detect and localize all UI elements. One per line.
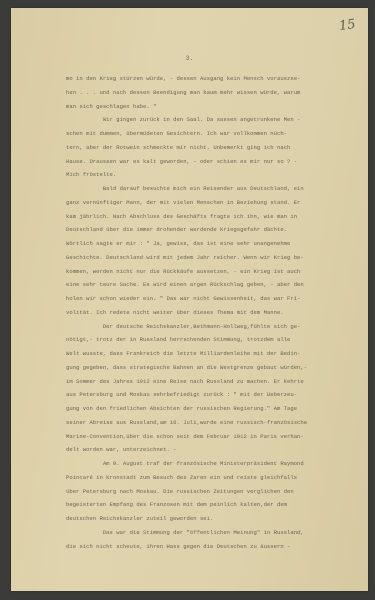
text-line: kommen, werden nicht nur die Rückkäufe a…	[66, 265, 369, 279]
text-line: volität. Ich redete nicht weiter über di…	[66, 306, 369, 320]
text-line: gung von den friedlichen Absichten der r…	[66, 402, 369, 416]
text-line: schen mit dummen, übermüdeten Gesichtern…	[66, 127, 369, 141]
text-line: die sich nicht scheute, ihren Hass gegen…	[66, 540, 369, 554]
text-line: Das war die Stimmung der "öffentlichen M…	[66, 526, 369, 540]
typed-text-body: mo in den Krieg stürzen würde, - dessen …	[66, 72, 369, 553]
text-line: hen . . . und nach dessen Beendigung man…	[66, 86, 369, 100]
text-line: begeisterten Empfang des Franzosen mit d…	[66, 498, 369, 512]
text-line: seiner Abreise aus Russland,am 16. Juli,…	[66, 416, 369, 430]
text-line: Poincaré in Kronstadt zum Besuch des Zar…	[66, 471, 369, 485]
page-number: 3.	[11, 55, 368, 62]
text-line: Mich fröstelte.	[66, 168, 369, 182]
text-line: delt worden war, unterzeichnet. -	[66, 443, 369, 457]
text-line: Wörtlich sagte er mir : " Ja, gewiss, da…	[66, 237, 369, 251]
document-page: 15 3. mo in den Krieg stürzen würde, - d…	[11, 8, 368, 591]
text-line: über Petersburg nach Moskau. Die russisc…	[66, 485, 369, 499]
text-line: Am 9. August traf der französische Minis…	[66, 457, 369, 471]
text-line: Deutschland über die immer drohender wer…	[66, 223, 369, 237]
text-line: gung gegeben, dass strategische Bahnen a…	[66, 361, 369, 375]
text-line: holen wir schon wieder ein. " Das war ni…	[66, 292, 369, 306]
text-line: nötigt,- trotz der in Russland herrschen…	[66, 333, 369, 347]
text-line: Marine-Convention,über die schon seit de…	[66, 430, 369, 444]
text-line: eine sehr teure Sache. Es wird einen arg…	[66, 278, 369, 292]
text-line: tern, aber der Rotwein schmeckte mir nic…	[66, 141, 369, 155]
text-line: aus Petersburg und Moskau sehrbefriedigt…	[66, 388, 369, 402]
folio-mark: 15	[338, 17, 356, 34]
text-line: im Sommer des Jahres 1912 eine Reise nac…	[66, 375, 369, 389]
text-line: man sich geschlagen habe. "	[66, 100, 369, 114]
text-line: Bald darauf besuchte mich ein Reisender …	[66, 182, 369, 196]
text-line: Der deutsche Reichskanzler,Bethmann-Holl…	[66, 320, 369, 334]
text-line: Hause. Draussen war es kalt geworden, - …	[66, 155, 369, 169]
text-line: Wir gingen zurück in den Saal. Da sassen…	[66, 113, 369, 127]
text-line: mo in den Krieg stürzen würde, - dessen …	[66, 72, 369, 86]
text-line: Welt wusste, dass Frankreich die letzte …	[66, 347, 369, 361]
text-line: deutschen Reichskanzler zuteil geworden …	[66, 512, 369, 526]
text-line: kam jährlich. Nach Abschluss des Geschäf…	[66, 210, 369, 224]
text-line: Geschichte. Deutschland wird mit jedem J…	[66, 251, 369, 265]
text-line: ganz vernünftiger Mann, der mit vielen M…	[66, 196, 369, 210]
